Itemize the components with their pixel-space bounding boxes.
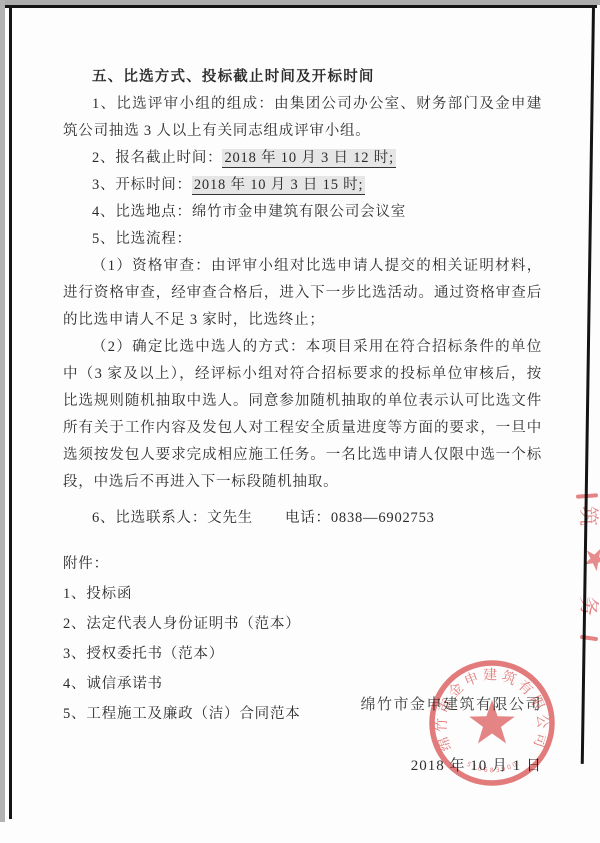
edge-seal-bar-bottom [580,635,598,641]
attachments-title: 附件： [63,549,542,579]
item-4-location: 4、比选地点：绵竹市金申建筑有限公司会议室 [63,199,542,226]
item-5-2-selection-method: （2）确定比选中选人的方式：本项目采用在符合招标条件的单位中（3 家及以上），经… [63,334,542,496]
item-3-opening-time: 3、开标时间：2018 年 10 月 3 日 15 时; [63,172,542,199]
edge-seal-star-icon: ★ [577,543,600,575]
item-5-process-title: 5、比选流程： [63,226,542,253]
page-border-top [5,5,597,8]
edge-seal-char-1: 筑 [578,506,598,526]
seal-star-icon [469,700,515,743]
item-6-contact: 6、比选联系人：文先生电话：0838—6902753 [63,505,542,532]
item-2-signup-deadline: 2、报名截止时间：2018 年 10 月 3 日 12 时; [63,145,542,172]
document-body: 五、比选方式、投标截止时间及开标时间 1、比选评审小组的组成：由集团公司办公室、… [63,64,542,729]
edge-seal-fragment: 筑 ★ 务 [566,486,600,650]
attachment-item-1: 1、投标函 [63,579,542,609]
item-5-1-qualification: （1）资格审查：由评审小组对比选申请人提交的相关证明材料，进行资格审查，经审查合… [63,253,542,334]
contact-person: 6、比选联系人：文先生 [92,510,253,526]
item-2-label: 2、报名截止时间： [92,150,222,166]
company-seal-stamp: 绵竹市金申建筑有限公司 5106839001196 [427,658,559,790]
item-3-opening-value: 2018 年 10 月 3 日 15 时; [192,176,365,195]
edge-seal-char-2: 务 [578,596,598,616]
page-border-left [9,6,12,819]
edge-seal-bar-top [576,493,598,499]
attachment-item-2: 2、法定代表人身份证明书（范本） [63,609,542,639]
section-heading: 五、比选方式、投标截止时间及开标时间 [63,64,542,91]
contact-phone: 电话：0838—6902753 [285,510,435,526]
item-2-deadline-value: 2018 年 10 月 3 日 12 时; [222,149,395,168]
scan-edge-left [0,0,5,822]
item-3-label: 3、开标时间： [92,177,192,193]
page-border-right [581,6,595,764]
item-1-committee: 1、比选评审小组的组成：由集团公司办公室、财务部门及金申建筑公司抽选 3 人以上… [63,91,542,145]
